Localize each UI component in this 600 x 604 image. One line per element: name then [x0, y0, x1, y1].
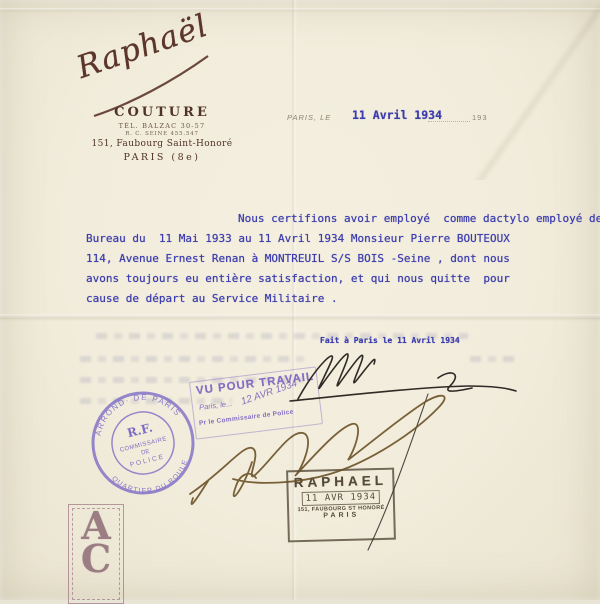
ac-collector-stamp: A C	[68, 504, 124, 600]
police-stamp-line2: DE	[141, 449, 151, 457]
body-line-1: Nous certifions avoir employé comme dact…	[238, 212, 600, 225]
body-line-2: Bureau du 11 Mai 1933 au 11 Avril 1934 M…	[86, 232, 510, 245]
dateline-place-prefix: PARIS, LE	[287, 113, 331, 122]
body-line-4: avons toujours eu entière satisfaction, …	[86, 272, 510, 285]
letter-paper: Raphaël COUTURE TÉL. BALZAC 30-57 R. C. …	[0, 0, 600, 600]
dateline-typed-date: 11 Avril 1934	[352, 108, 442, 122]
ac-stamp-letter-c: C	[73, 542, 119, 575]
ac-stamp-frame: A C	[72, 508, 120, 600]
svg-text:QUARTIER DU ROULE: QUARTIER DU ROULE	[109, 457, 195, 504]
letterhead-address: 151, Faubourg Saint-Honoré	[62, 139, 262, 149]
police-stamp-rf: R.F.	[126, 420, 154, 440]
police-stamp-rim-bottom: QUARTIER DU ROULE	[109, 457, 195, 504]
body-line-3: 114, Avenue Ernest Renan à MONTREUIL S/S…	[86, 252, 510, 265]
raphael-stamp-date: 11 AVR 1934	[302, 490, 380, 506]
letterhead-phone: TÉL. BALZAC 30-57	[62, 122, 262, 130]
fold-crease-horizontal	[0, 314, 600, 321]
letterhead-city: PARIS (8e)	[62, 152, 262, 163]
raphael-address-stamp: RAPHAEL 11 AVR 1934 151, FAUBOURG ST HON…	[286, 468, 396, 543]
ghost-text-row	[80, 356, 308, 362]
ghost-text-row	[96, 333, 468, 339]
ghost-text-row	[470, 356, 520, 362]
police-stamp-line3: POLICE	[129, 453, 165, 468]
dateline-year-placeholder: 193	[472, 113, 488, 122]
fold-crease-diagonal	[430, 0, 600, 180]
vu-stamp-signoff: Pr le Commissaire de Police	[199, 409, 294, 428]
vu-stamp-paris-le: Paris, le...	[199, 399, 233, 412]
letterhead-registry: R. C. SEINE 455.547	[62, 131, 262, 137]
dateline-dotted-leader	[428, 121, 470, 122]
body-line-5: cause de départ au Service Militaire .	[86, 292, 338, 305]
raphael-stamp-name: RAPHAEL	[288, 473, 392, 491]
letterhead-division: COUTURE	[62, 105, 262, 120]
